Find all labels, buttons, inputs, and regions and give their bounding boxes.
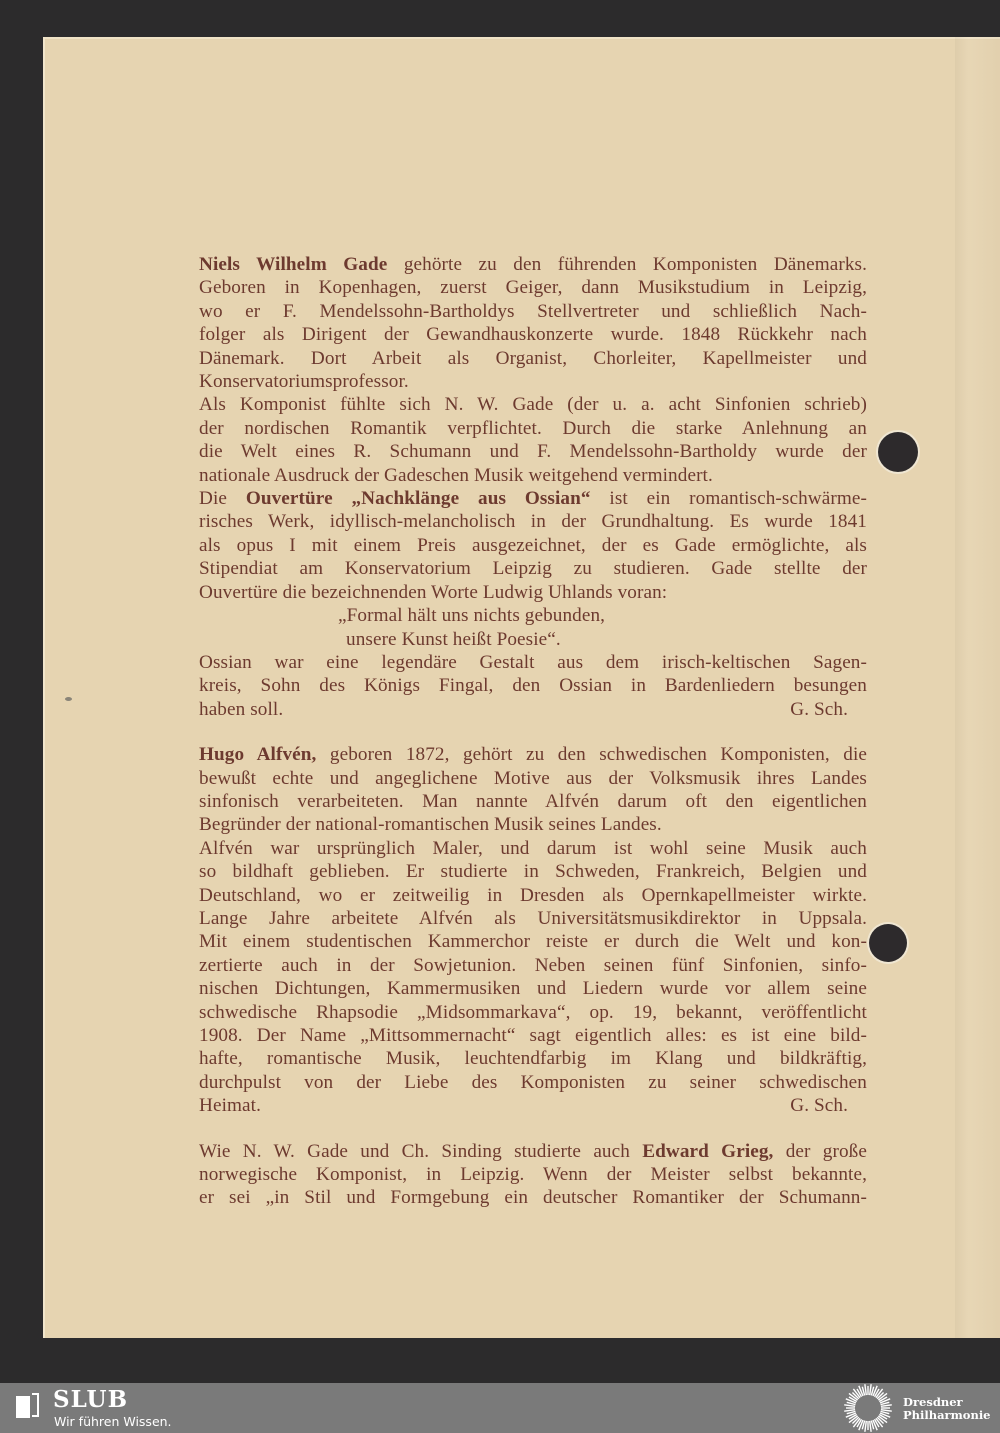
text-line: zertierte auch in der Sowjetunion. Neben… — [199, 954, 867, 977]
text-line: Alfvén war ursprünglich Maler, und darum… — [199, 837, 867, 860]
signature-line: haben soll.G. Sch. — [199, 698, 867, 721]
text-line: als opus I mit einem Preis ausgezeichnet… — [199, 534, 867, 557]
text-line: Hugo Alfvén, geboren 1872, gehört zu den… — [199, 743, 867, 766]
text-line: Konservatoriumsprofessor. — [199, 370, 867, 393]
text-line: so bildhaft geblieben. Er studierte in S… — [199, 860, 867, 883]
text-line: wo er F. Mendelssohn-Bartholdys Stellver… — [199, 300, 867, 323]
text-line: 1908. Der Name „Mittsommernacht“ sagt ei… — [199, 1024, 867, 1047]
text-line: Die Ouvertüre „Nachklänge aus Ossian“ is… — [199, 487, 867, 510]
text-line: nationale Ausdruck der Gadeschen Musik w… — [199, 464, 867, 487]
section-gade: Niels Wilhelm Gade gehörte zu den führen… — [199, 253, 867, 721]
dp-line2: Philharmonie — [903, 1409, 991, 1422]
punch-hole-top — [878, 432, 918, 472]
text-line: Ossian war eine legendäre Gestalt aus de… — [199, 651, 867, 674]
author-signature: G. Sch. — [790, 698, 848, 721]
author-signature: G. Sch. — [790, 1094, 848, 1117]
text-line: Ouvertüre die bezeichnenden Worte Ludwig… — [199, 581, 867, 604]
book-icon — [14, 1392, 40, 1420]
text-line: die Welt eines R. Schumann und F. Mendel… — [199, 440, 867, 463]
section-alfven: Hugo Alfvén, geboren 1872, gehört zu den… — [199, 743, 867, 1118]
text-line: Begründer der national-romantischen Musi… — [199, 813, 867, 836]
text-line: Niels Wilhelm Gade gehörte zu den führen… — [199, 253, 867, 276]
quote-line: unsere Kunst heißt Poesie“. — [199, 628, 867, 651]
text-line: Mit einem studentischen Kammerchor reist… — [199, 930, 867, 953]
paper-speck — [65, 697, 72, 701]
text-line: kreis, Sohn des Königs Fingal, den Ossia… — [199, 674, 867, 697]
section-grieg: Wie N. W. Gade und Ch. Sinding studierte… — [199, 1140, 867, 1210]
text-line: durchpulst von der Liebe des Komponisten… — [199, 1071, 867, 1094]
page-fold-shadow — [955, 37, 1000, 1338]
signature-line: Heimat.G. Sch. — [199, 1094, 867, 1117]
text-line: schwedische Rhapsodie „Midsommarkava“, o… — [199, 1001, 867, 1024]
text-line: Wie N. W. Gade und Ch. Sinding studierte… — [199, 1140, 867, 1163]
slub-logo-name: SLUB — [53, 1386, 128, 1413]
quote-line: „Formal hält uns nichts gebunden, — [199, 604, 867, 627]
text-line: sinfonisch verarbeiteten. Man nannte Alf… — [199, 790, 867, 813]
text-line: risches Werk, idyllisch-melancholisch in… — [199, 510, 867, 533]
text-line: er sei „in Stil und Formgebung ein deuts… — [199, 1186, 867, 1209]
text-line: Als Komponist fühlte sich N. W. Gade (de… — [199, 393, 867, 416]
text-line: Geboren in Kopenhagen, zuerst Geiger, da… — [199, 276, 867, 299]
text-line: Dänemark. Dort Arbeit als Organist, Chor… — [199, 347, 867, 370]
slub-tagline: Wir führen Wissen. — [54, 1414, 172, 1429]
text-line: Stipendiat am Konservatorium Leipzig zu … — [199, 557, 867, 580]
text-line: hafte, romantische Musik, leuchtendfarbi… — [199, 1047, 867, 1070]
sunburst-ring-icon — [840, 1383, 896, 1433]
text-line: folger als Dirigent der Gewandhauskonzer… — [199, 323, 867, 346]
text-line: der nordischen Romantik verpflichtet. Du… — [199, 417, 867, 440]
dresdner-philharmonie-logo-text: Dresdner Philharmonie — [903, 1396, 991, 1422]
text-line: Deutschland, wo er zeitweilig in Dresden… — [199, 884, 867, 907]
text-line: nischen Dichtungen, Kammermusiken und Li… — [199, 977, 867, 1000]
text-line: bewußt echte und angeglichene Motive aus… — [199, 767, 867, 790]
text-line: Lange Jahre arbeitete Alfvén als Univers… — [199, 907, 867, 930]
punch-hole-bottom — [869, 924, 907, 962]
text-line: norwegische Komponist, in Leipzig. Wenn … — [199, 1163, 867, 1186]
document-text: Niels Wilhelm Gade gehörte zu den führen… — [199, 253, 867, 1210]
footer-bar: SLUB Wir führen Wissen. Dresdner Philhar… — [0, 1383, 1000, 1433]
